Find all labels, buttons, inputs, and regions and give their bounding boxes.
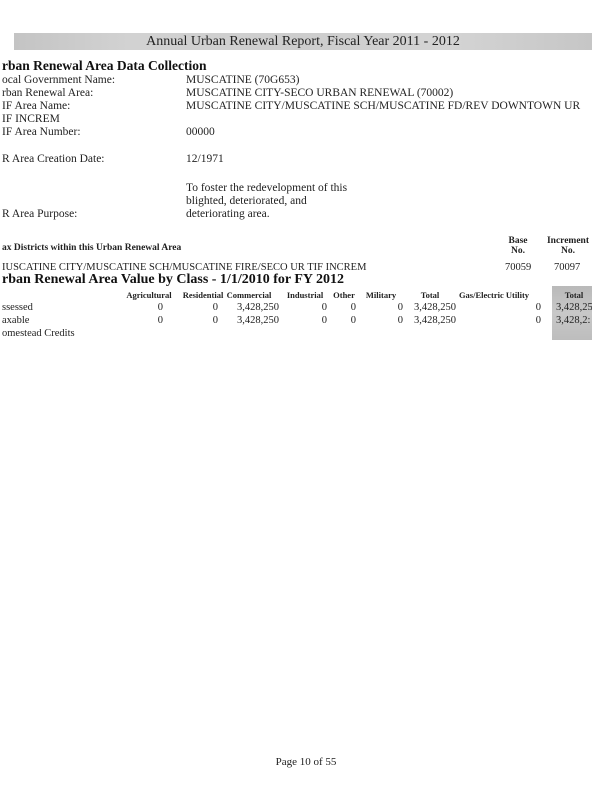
column-header-base-no: Base No.	[500, 236, 536, 256]
field-label-tif-area-number: IF Area Number:	[2, 126, 81, 138]
field-value-creation-date: 12/1971	[186, 153, 224, 165]
column-header-grand-total: Total	[534, 290, 612, 300]
column-header-increment-no: Increment No.	[542, 236, 594, 256]
field-value-government-name: MUSCATINE (70G653)	[186, 74, 299, 86]
report-title: Annual Urban Renewal Report, Fiscal Year…	[146, 34, 460, 49]
cell-total: 3,428,250	[376, 315, 456, 326]
field-label-creation-date: R Area Creation Date:	[2, 153, 105, 165]
section-title-tax-districts: ax Districts within this Urban Renewal A…	[2, 243, 181, 253]
row-label: axable	[2, 315, 29, 326]
column-header-base-line1: Base	[500, 236, 536, 246]
cell-grand-total: 3,428,2:	[556, 315, 592, 326]
tax-district-base-no: 70059	[505, 262, 531, 273]
field-label-government-name: ocal Government Name:	[2, 74, 115, 86]
column-header-increment-line2: No.	[542, 246, 594, 256]
section-title-value-by-class: rban Renewal Area Value by Class - 1/1/2…	[2, 272, 344, 288]
field-label-tif-area-name: IF Area Name:	[2, 100, 70, 112]
field-value-tif-area-name: MUSCATINE CITY/MUSCATINE SCH/MUSCATINE F…	[186, 100, 580, 112]
column-header-increment-line1: Increment	[542, 236, 594, 246]
cell-grand-total: 3,428,25	[556, 302, 592, 313]
report-title-banner: Annual Urban Renewal Report, Fiscal Year…	[14, 33, 592, 50]
column-header-base-line2: No.	[500, 246, 536, 256]
field-label-purpose: R Area Purpose:	[2, 208, 77, 220]
section-title-data-collection: rban Renewal Area Data Collection	[2, 58, 206, 74]
page-number: Page 10 of 55	[0, 756, 612, 768]
tax-district-increment-no: 70097	[554, 262, 580, 273]
field-value-purpose-line-1: To foster the redevelopment of this	[186, 182, 347, 194]
field-label-tif-increm: IF INCREM	[2, 113, 60, 125]
field-value-purpose-line-2: blighted, deteriorated, and	[186, 195, 307, 207]
row-label: omestead Credits	[2, 328, 75, 339]
cell-total: 3,428,250	[376, 302, 456, 313]
field-value-urban-renewal-area: MUSCATINE CITY-SECO URBAN RENEWAL (70002…	[186, 87, 453, 99]
row-label: ssessed	[2, 302, 33, 313]
field-value-purpose-line-3: deteriorating area.	[186, 208, 270, 220]
field-value-tif-area-number: 00000	[186, 126, 215, 138]
cell-gas-electric-utility: 0	[461, 315, 541, 326]
field-label-urban-renewal-area: rban Renewal Area:	[2, 87, 93, 99]
column-header-gas-electric-utility: Gas/Electric Utility	[454, 290, 534, 300]
cell-gas-electric-utility: 0	[461, 302, 541, 313]
